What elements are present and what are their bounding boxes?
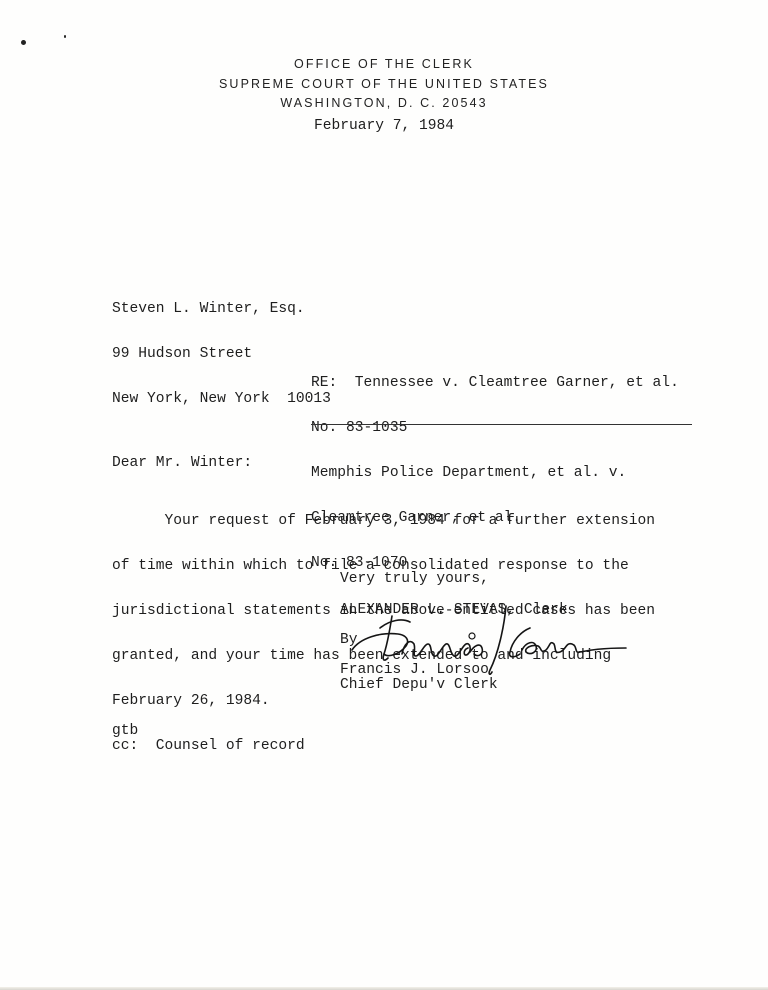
letter-date: February 7, 1984 — [0, 119, 768, 134]
recipient-name: Steven L. Winter, Esq. — [112, 302, 331, 317]
recipient-city: New York, New York 10013 — [112, 392, 331, 407]
signer-title: Chief Depu'v Clerk — [340, 678, 498, 693]
signer-name: Francis J. Lorsoo — [340, 663, 489, 678]
letterhead-office: OFFICE OF THE CLERK — [0, 58, 768, 71]
salutation: Dear Mr. Winter: — [112, 456, 252, 471]
carbon-copy-line: cc: Counsel of record — [112, 739, 305, 754]
body-line: February 26, 1984. — [112, 694, 655, 709]
scan-speck — [64, 35, 66, 38]
reference-line: Memphis Police Department, et al. v. — [311, 466, 679, 481]
body-line: Your request of February 3, 1984 for a f… — [112, 514, 655, 529]
recipient-street: 99 Hudson Street — [112, 347, 331, 362]
letterhead-court: SUPREME COURT OF THE UNITED STATES — [0, 78, 768, 91]
valediction: Very truly yours, — [340, 572, 489, 587]
typist-initials: gtb — [112, 724, 138, 739]
letterhead-address: WASHINGTON, D. C. 20543 — [0, 97, 768, 110]
reference-underline — [311, 424, 692, 425]
reference-line: RE: Tennessee v. Cleamtree Garner, et al… — [311, 376, 679, 391]
recipient-address: Steven L. Winter, Esq. 99 Hudson Street … — [112, 272, 331, 437]
letter-page: OFFICE OF THE CLERK SUPREME COURT OF THE… — [0, 0, 768, 990]
scan-speck — [21, 40, 26, 45]
